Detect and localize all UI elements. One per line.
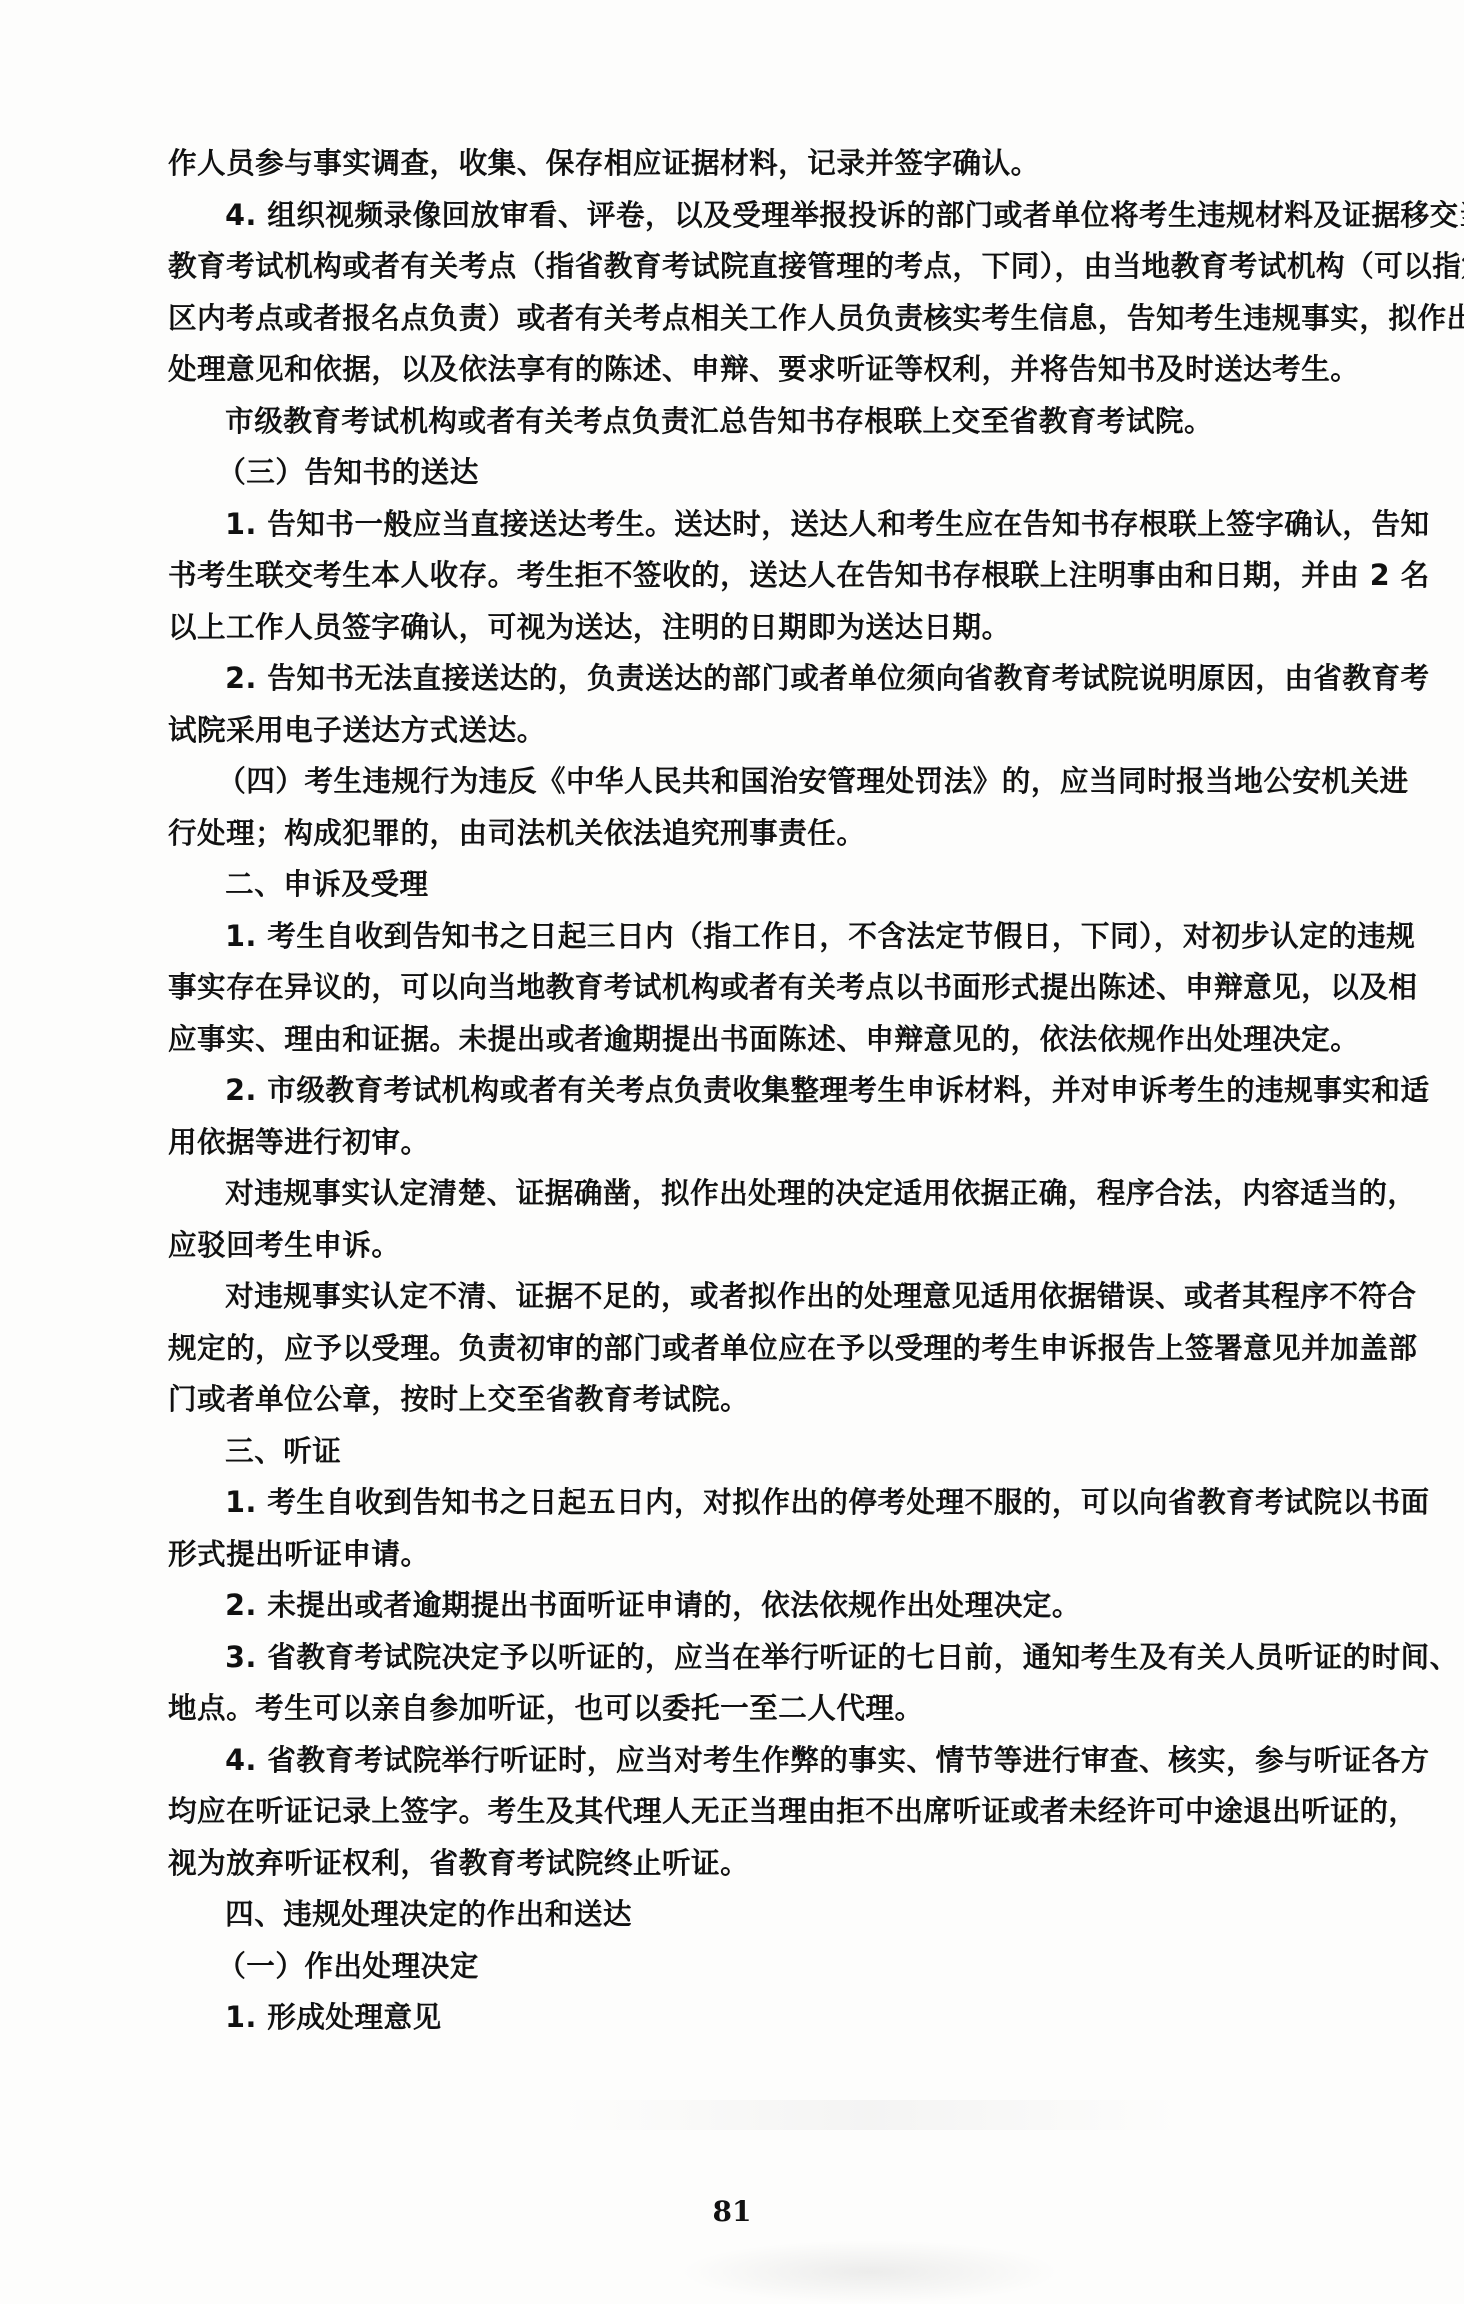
paragraph-line: 应驳回考生申诉。	[168, 1220, 1355, 1272]
section-heading-decision: 四、违规处理决定的作出和送达	[168, 1889, 1355, 1941]
section-heading-notice-delivery: （三）告知书的送达	[168, 447, 1355, 499]
paragraph-line: 书考生联交考生本人收存。考生拒不签收的，送达人在告知书存根联上注明事由和日期，并…	[168, 550, 1355, 602]
paragraph-line: 4. 组织视频录像回放审看、评卷，以及受理举报投诉的部门或者单位将考生违规材料及…	[168, 190, 1355, 242]
paragraph-line: 作人员参与事实调查，收集、保存相应证据材料，记录并签字确认。	[168, 138, 1355, 190]
page-number: 81	[0, 2195, 1464, 2228]
paragraph-line: 2. 市级教育考试机构或者有关考点负责收集整理考生申诉材料，并对申诉考生的违规事…	[168, 1065, 1355, 1117]
subsection-heading-make-decision: （一）作出处理决定	[168, 1941, 1355, 1993]
paragraph-line: （四）考生违规行为违反《中华人民共和国治安管理处罚法》的，应当同时报当地公安机关…	[168, 756, 1355, 808]
paragraph-line: 1. 告知书一般应当直接送达考生。送达时，送达人和考生应在告知书存根联上签字确认…	[168, 499, 1355, 551]
paragraph-line: 区内考点或者报名点负责）或者有关考点相关工作人员负责核实考生信息，告知考生违规事…	[168, 293, 1355, 345]
paragraph-line: 1. 考生自收到告知书之日起三日内（指工作日，不含法定节假日，下同），对初步认定…	[168, 911, 1355, 963]
paragraph-line: 地点。考生可以亲自参加听证，也可以委托一至二人代理。	[168, 1683, 1355, 1735]
paragraph-line: 4. 省教育考试院举行听证时，应当对考生作弊的事实、情节等进行审查、核实，参与听…	[168, 1735, 1355, 1787]
paragraph-line: 形式提出听证申请。	[168, 1529, 1355, 1581]
paragraph-line: 2. 告知书无法直接送达的，负责送达的部门或者单位须向省教育考试院说明原因，由省…	[168, 653, 1355, 705]
document-body: 作人员参与事实调查，收集、保存相应证据材料，记录并签字确认。 4. 组织视频录像…	[168, 138, 1373, 2044]
scan-smudge	[680, 2240, 1060, 2304]
show-through-artifact	[560, 2100, 1180, 2130]
paragraph-line: 1. 考生自收到告知书之日起五日内，对拟作出的停考处理不服的，可以向省教育考试院…	[168, 1477, 1355, 1529]
paragraph-line: 均应在听证记录上签字。考生及其代理人无正当理由拒不出席听证或者未经许可中途退出听…	[168, 1786, 1355, 1838]
paragraph-line: 试院采用电子送达方式送达。	[168, 705, 1355, 757]
section-heading-hearing: 三、听证	[168, 1426, 1355, 1478]
section-heading-appeal: 二、申诉及受理	[168, 859, 1355, 911]
scanned-page: 作人员参与事实调查，收集、保存相应证据材料，记录并签字确认。 4. 组织视频录像…	[0, 0, 1464, 2304]
paragraph-line: 行处理；构成犯罪的，由司法机关依法追究刑事责任。	[168, 808, 1355, 860]
paragraph-line: 对违规事实认定不清、证据不足的，或者拟作出的处理意见适用依据错误、或者其程序不符…	[168, 1271, 1355, 1323]
paragraph-line: 3. 省教育考试院决定予以听证的，应当在举行听证的七日前，通知考生及有关人员听证…	[168, 1632, 1355, 1684]
paragraph-line: 应事实、理由和证据。未提出或者逾期提出书面陈述、申辩意见的，依法依规作出处理决定…	[168, 1014, 1355, 1066]
paragraph-line: 规定的，应予以受理。负责初审的部门或者单位应在予以受理的考生申诉报告上签署意见并…	[168, 1323, 1355, 1375]
paragraph-line: 市级教育考试机构或者有关考点负责汇总告知书存根联上交至省教育考试院。	[168, 396, 1355, 448]
paragraph-line: 以上工作人员签字确认，可视为送达，注明的日期即为送达日期。	[168, 602, 1355, 654]
paragraph-line: 处理意见和依据，以及依法享有的陈述、申辩、要求听证等权利，并将告知书及时送达考生…	[168, 344, 1355, 396]
paragraph-line: 教育考试机构或者有关考点（指省教育考试院直接管理的考点，下同），由当地教育考试机…	[168, 241, 1355, 293]
item-heading-form-opinion: 1. 形成处理意见	[168, 1992, 1355, 2044]
paragraph-line: 视为放弃听证权利，省教育考试院终止听证。	[168, 1838, 1355, 1890]
paragraph-line: 对违规事实认定清楚、证据确凿，拟作出处理的决定适用依据正确，程序合法，内容适当的…	[168, 1168, 1355, 1220]
paragraph-line: 门或者单位公章，按时上交至省教育考试院。	[168, 1374, 1355, 1426]
paragraph-line: 2. 未提出或者逾期提出书面听证申请的，依法依规作出处理决定。	[168, 1580, 1355, 1632]
paragraph-line: 用依据等进行初审。	[168, 1117, 1355, 1169]
paragraph-line: 事实存在异议的，可以向当地教育考试机构或者有关考点以书面形式提出陈述、申辩意见，…	[168, 962, 1355, 1014]
